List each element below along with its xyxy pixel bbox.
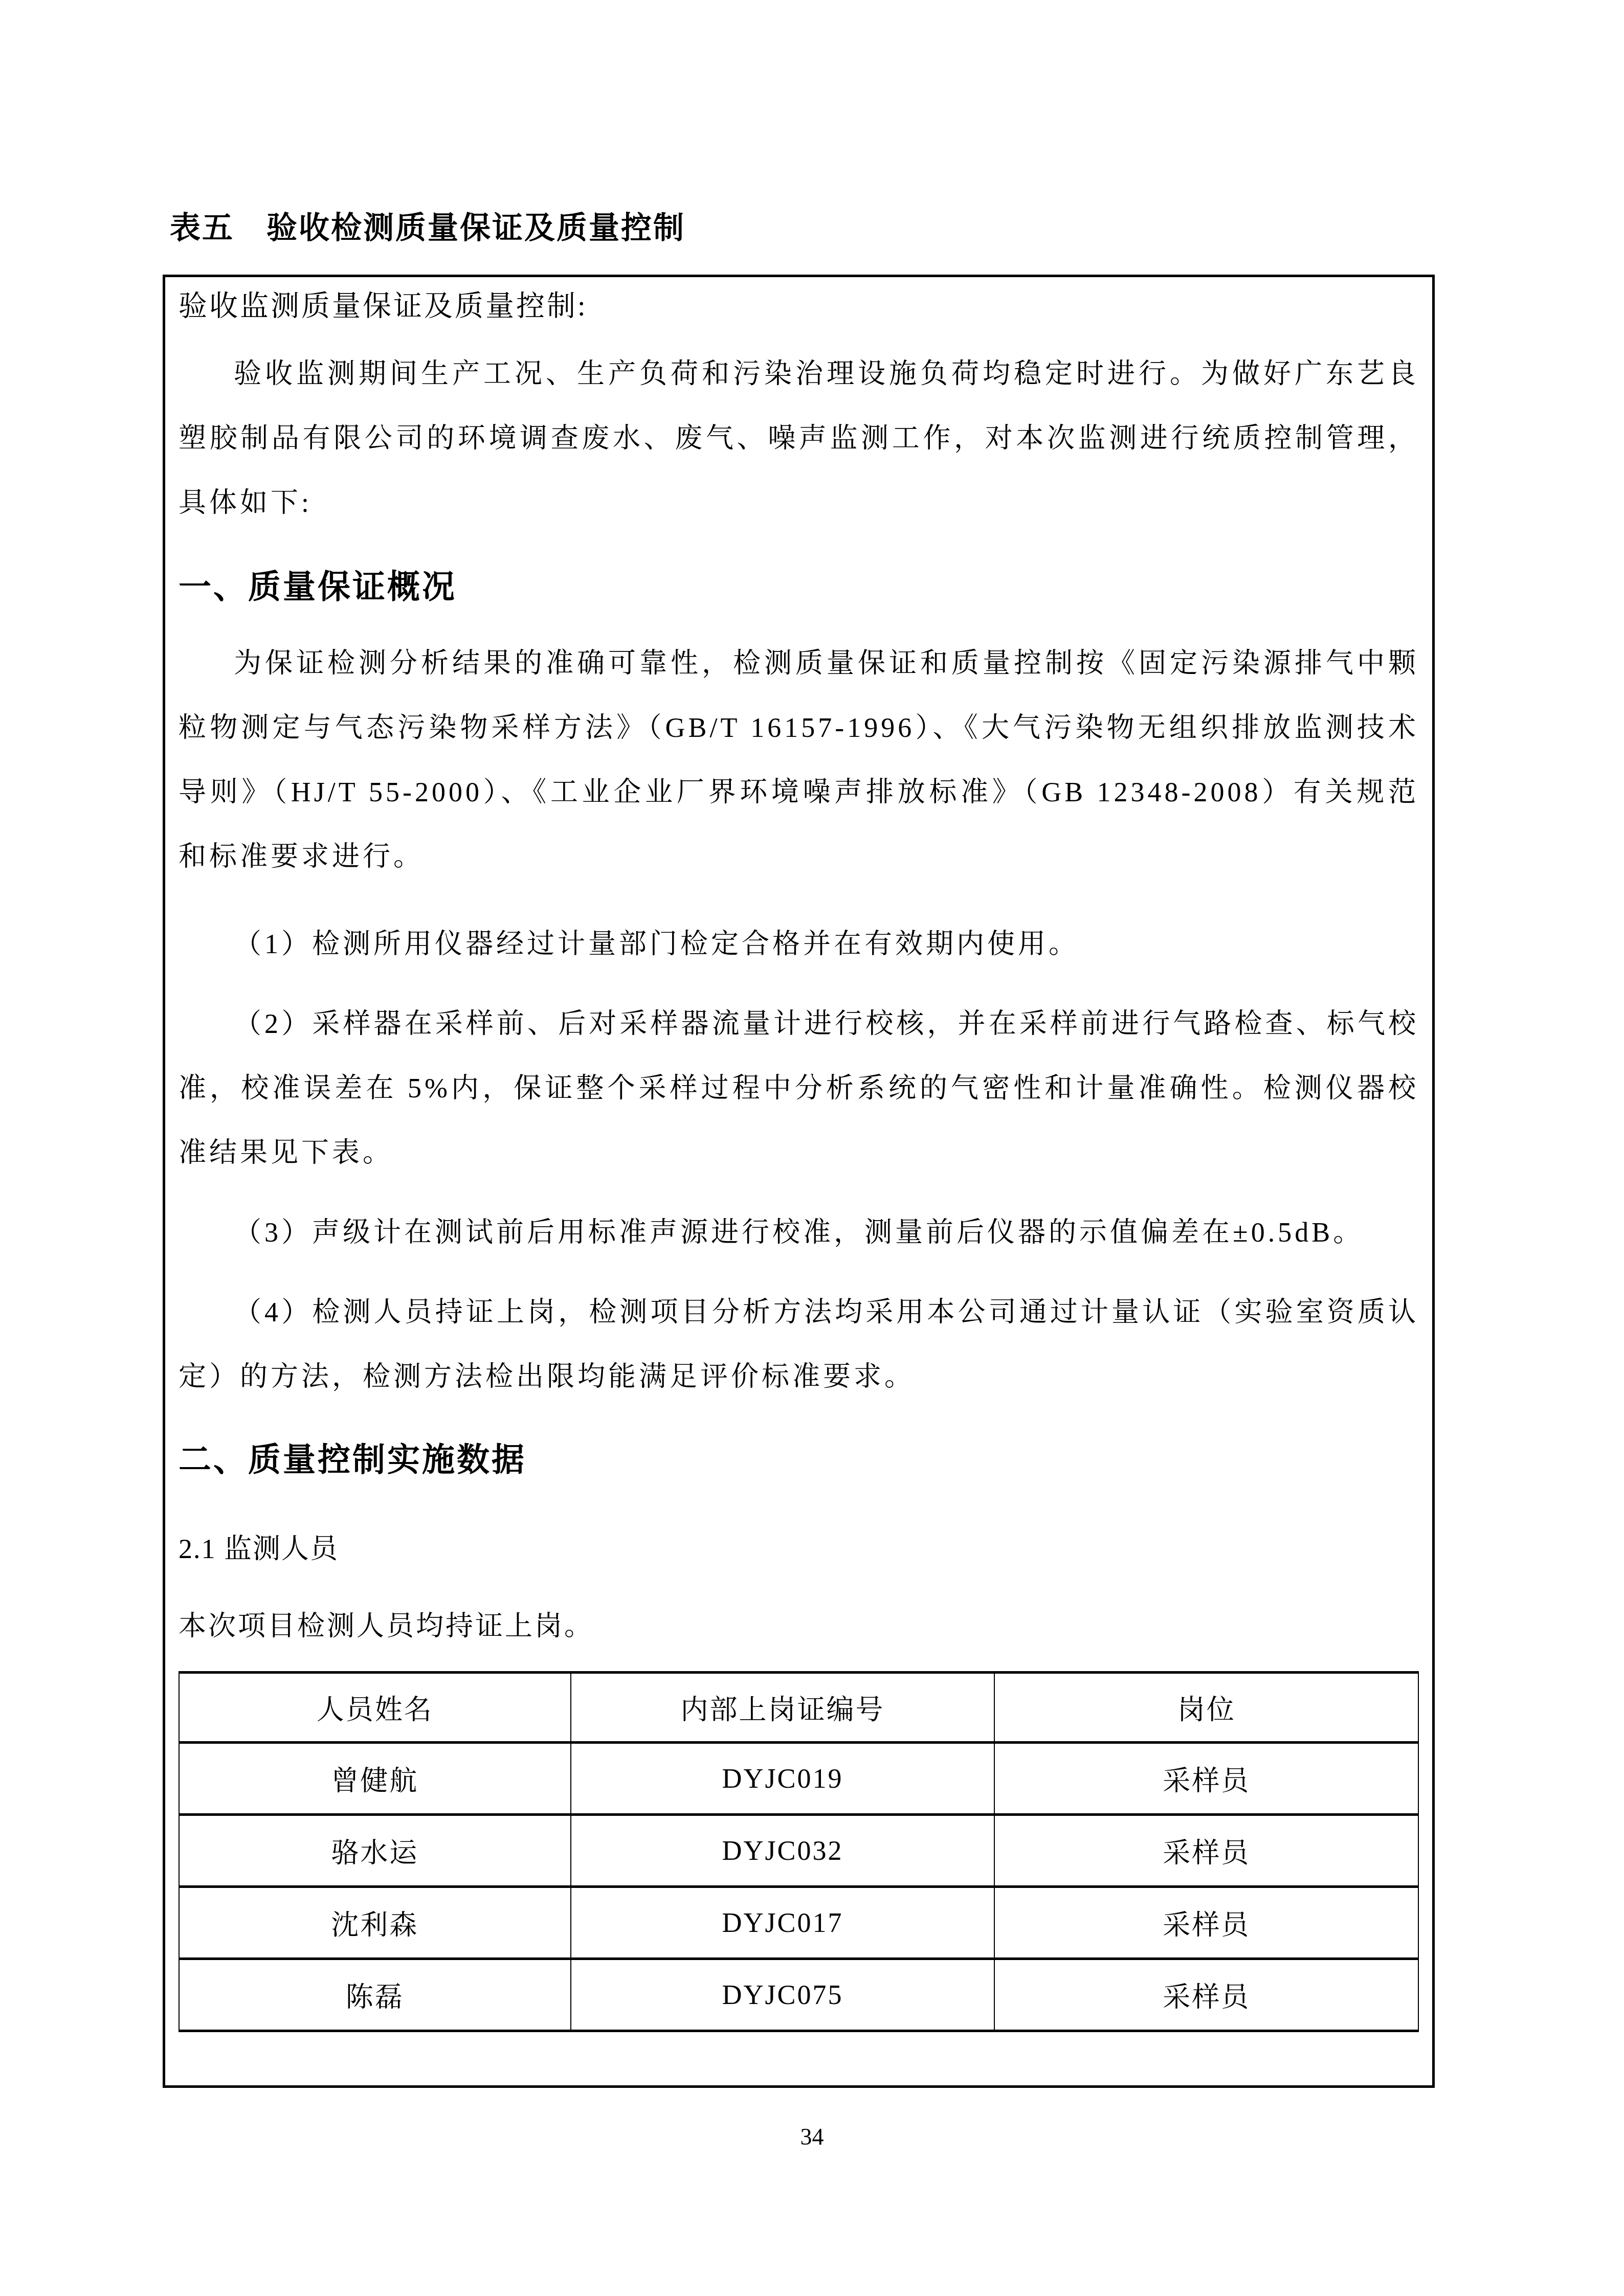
section1-heading: 一、质量保证概况 bbox=[179, 553, 1419, 621]
table-row: 沈利森 DYJC017 采样员 bbox=[179, 1887, 1418, 1959]
table-header-row: 人员姓名 内部上岗证编号 岗位 bbox=[179, 1673, 1418, 1743]
cell-person-name: 陈磊 bbox=[179, 1959, 571, 2031]
qa-item-2: （2）采样器在采样前、后对采样器流量计进行校核，并在采样前进行气路检查、标气校准… bbox=[179, 992, 1419, 1185]
header-post: 岗位 bbox=[994, 1673, 1418, 1743]
section2-subheading: 2.1 监测人员 bbox=[179, 1517, 1419, 1581]
table-row: 陈磊 DYJC075 采样员 bbox=[179, 1959, 1418, 2031]
content-box: 验收监测质量保证及质量控制: 验收监测期间生产工况、生产负荷和污染治理设施负荷均… bbox=[163, 275, 1435, 2088]
section1-paragraph: 为保证检测分析结果的准确可靠性，检测质量保证和质量控制按《固定污染源排气中颗粒物… bbox=[179, 631, 1419, 889]
intro-paragraph: 验收监测期间生产工况、生产负荷和污染治理设施负荷均稳定时进行。为做好广东艺良塑胶… bbox=[179, 342, 1419, 535]
cell-post: 采样员 bbox=[994, 1743, 1418, 1815]
section2-heading: 二、质量控制实施数据 bbox=[179, 1426, 1419, 1494]
cell-person-name: 沈利森 bbox=[179, 1887, 571, 1959]
cell-post: 采样员 bbox=[994, 1815, 1418, 1887]
header-person-name: 人员姓名 bbox=[179, 1673, 571, 1743]
cell-post: 采样员 bbox=[994, 1959, 1418, 2031]
header-cert-number: 内部上岗证编号 bbox=[571, 1673, 995, 1743]
page-title: 表五 验收检测质量保证及质量控制 bbox=[170, 204, 685, 247]
page-number: 34 bbox=[0, 2123, 1624, 2150]
qa-item-4: （4）检测人员持证上岗，检测项目分析方法均采用本公司通过计量认证（实验室资质认定… bbox=[179, 1280, 1419, 1409]
qa-item-3: （3）声级计在测试前后用标准声源进行校准，测量前后仪器的示值偏差在±0.5dB。 bbox=[179, 1200, 1419, 1265]
cell-cert-number: DYJC017 bbox=[571, 1887, 995, 1959]
document-page: 表五 验收检测质量保证及质量控制 验收监测质量保证及质量控制: 验收监测期间生产… bbox=[0, 0, 1624, 2296]
qa-item-1: （1）检测所用仪器经过计量部门检定合格并在有效期内使用。 bbox=[179, 912, 1419, 976]
cell-cert-number: DYJC075 bbox=[571, 1959, 995, 2031]
personnel-table: 人员姓名 内部上岗证编号 岗位 曾健航 DYJC019 采样员 骆水运 DYJC… bbox=[179, 1671, 1419, 2032]
cell-person-name: 骆水运 bbox=[179, 1815, 571, 1887]
table-row: 曾健航 DYJC019 采样员 bbox=[179, 1743, 1418, 1815]
cell-person-name: 曾健航 bbox=[179, 1743, 571, 1815]
box-label: 验收监测质量保证及质量控制: bbox=[179, 281, 1419, 331]
cell-cert-number: DYJC019 bbox=[571, 1743, 995, 1815]
cell-post: 采样员 bbox=[994, 1887, 1418, 1959]
section2-note: 本次项目检测人员均持证上岗。 bbox=[179, 1594, 1419, 1658]
cell-cert-number: DYJC032 bbox=[571, 1815, 995, 1887]
table-row: 骆水运 DYJC032 采样员 bbox=[179, 1815, 1418, 1887]
